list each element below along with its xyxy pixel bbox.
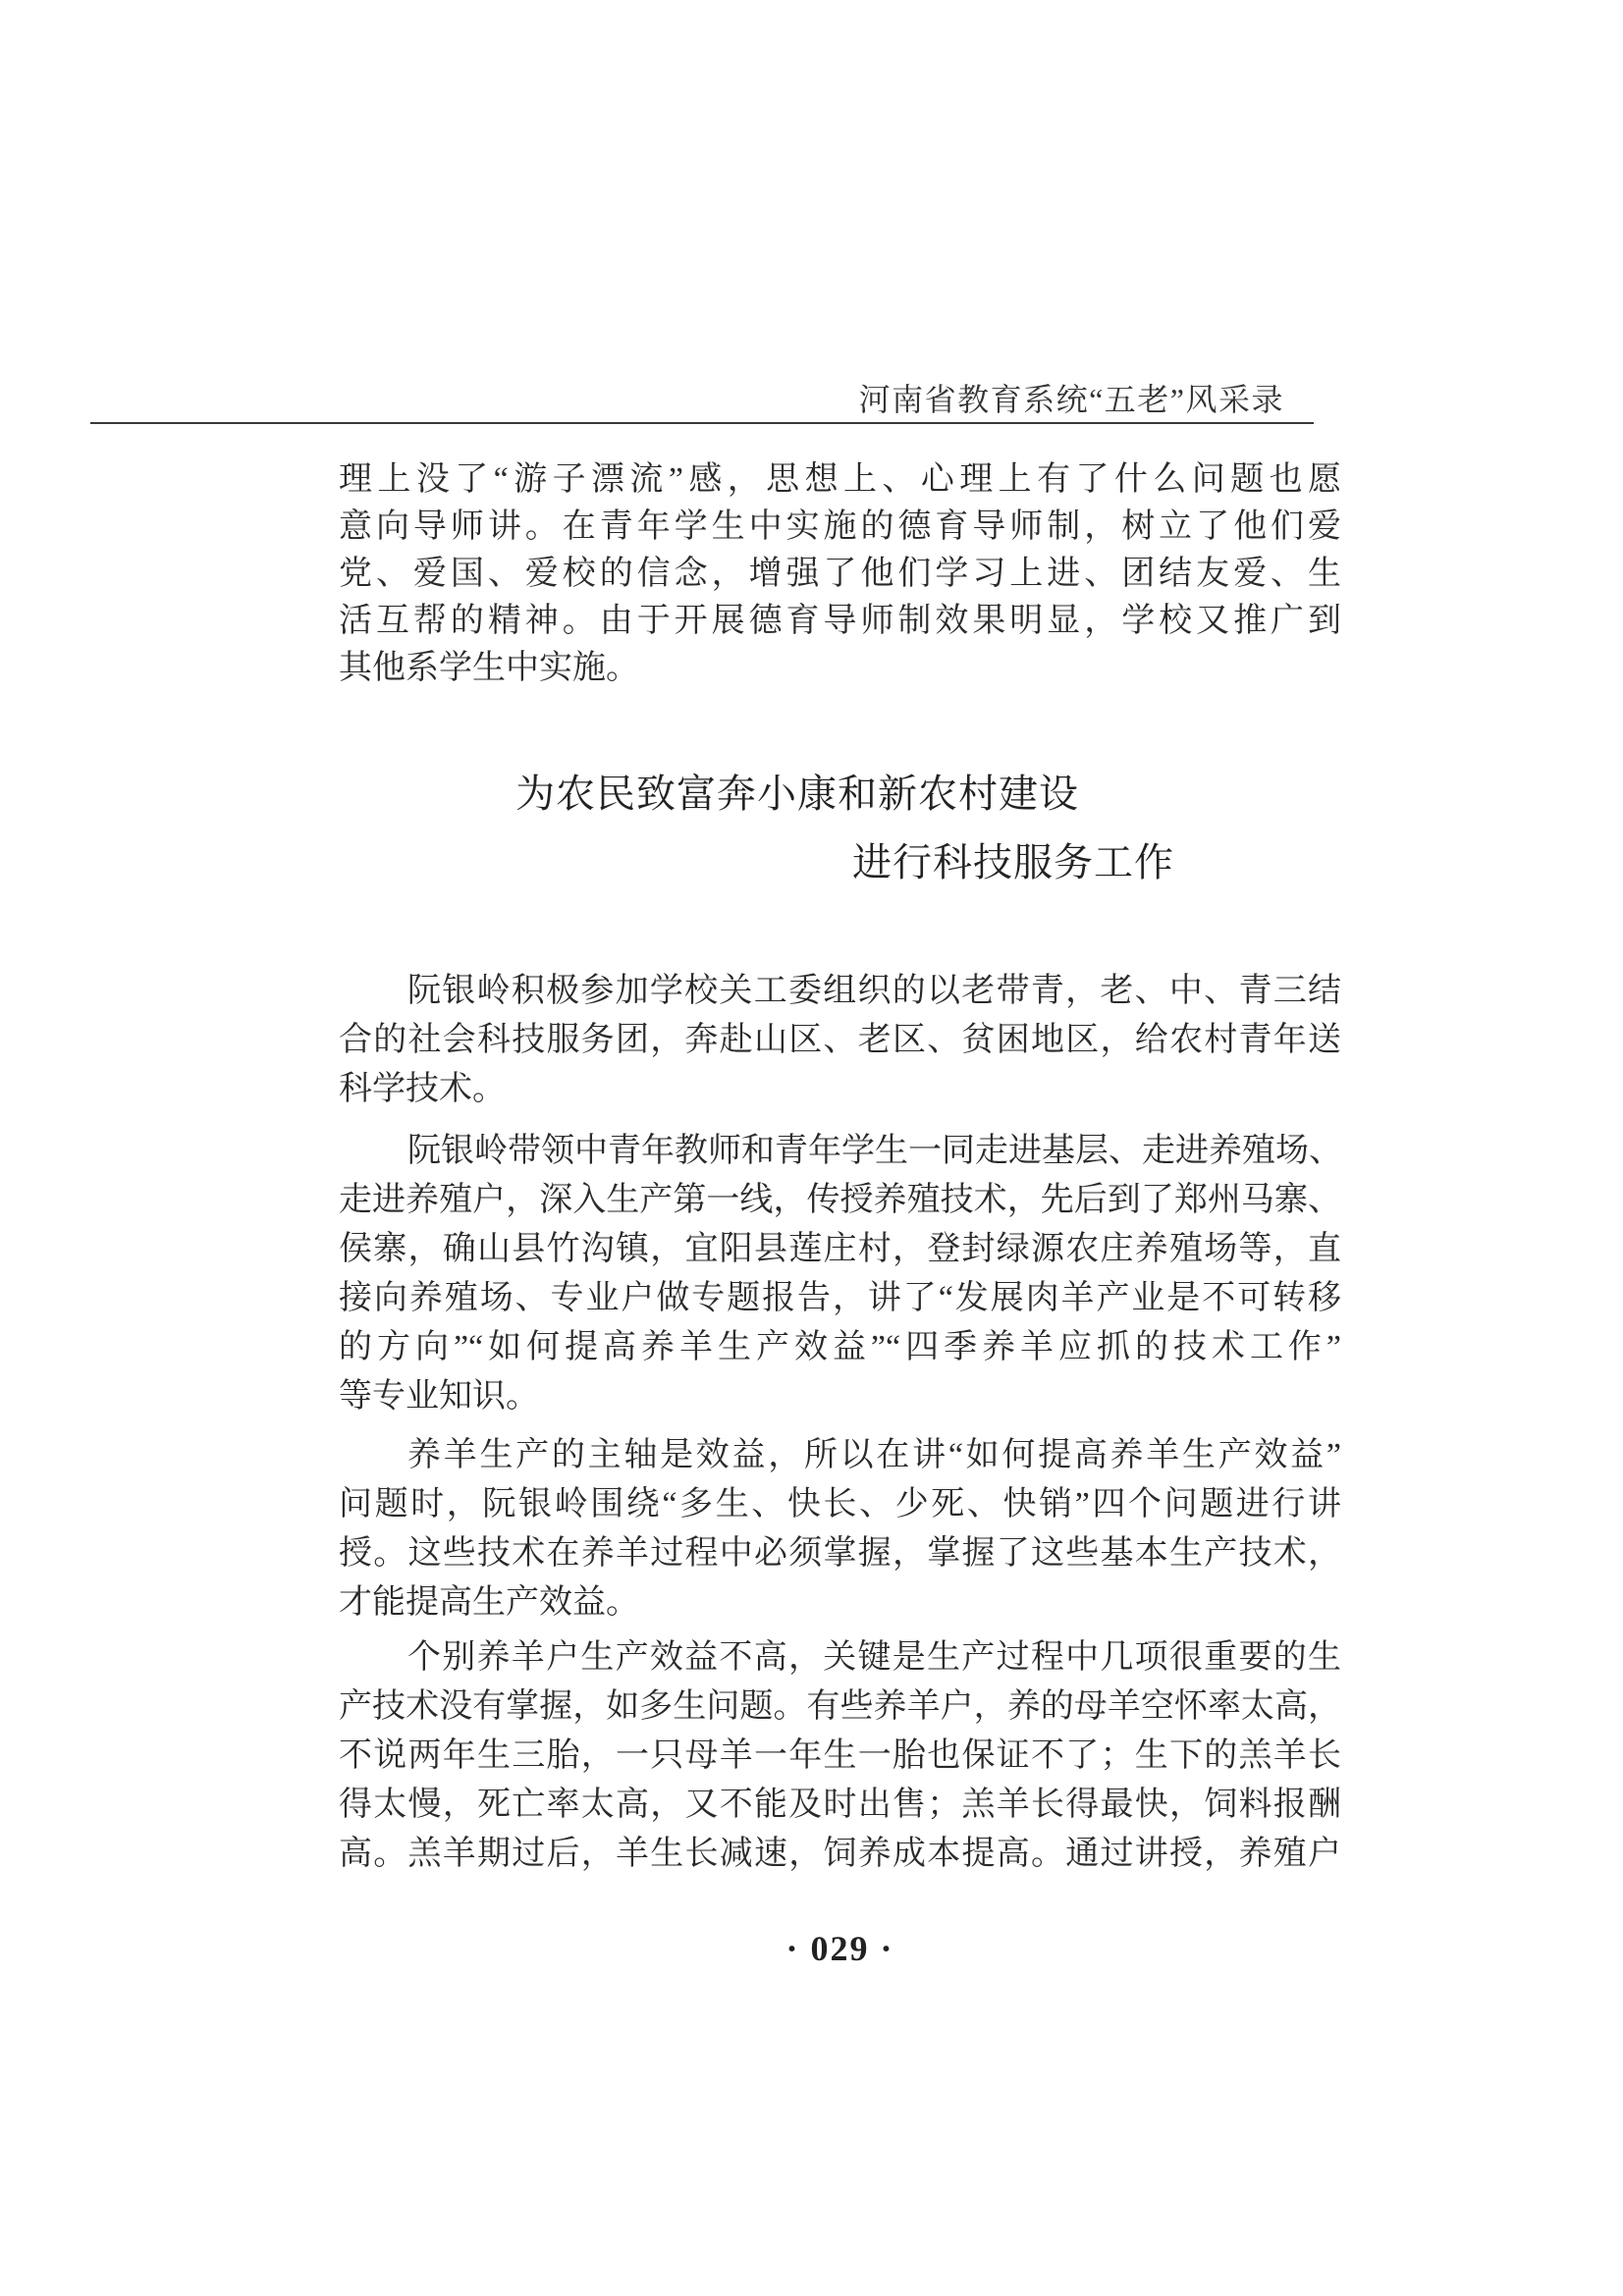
paragraph: 个别养羊户生产效益不高，关键是生产过程中几项很重要的生 产技术没有掌握，如多生问…: [339, 1633, 1341, 1879]
running-header-title: 河南省教育系统“五老”风采录: [90, 377, 1284, 422]
book-page: 河南省教育系统“五老”风采录 理上没了“游子漂流”感，思想上、心理上有了什么问题…: [0, 0, 1623, 2296]
text-line: 党、爱国、爱校的信念，增强了他们学习上进、团结友爱、生: [339, 551, 1341, 598]
text-line: 不说两年生三胎，一只母羊一年生一胎也保证不了；生下的羔羊长: [339, 1732, 1341, 1781]
section-heading-line-2: 进行科技服务工作: [852, 838, 1174, 887]
paragraph-intro: 理上没了“游子漂流”感，思想上、心理上有了什么问题也愿 意向导师讲。在青年学生中…: [339, 456, 1341, 692]
text-line: 的方向”“如何提高养羊生产效益”“四季养羊应抓的技术工作”: [339, 1323, 1341, 1372]
text-line: 阮银岭积极参加学校关工委组织的以老带青，老、中、青三结: [339, 967, 1341, 1016]
text-line: 走进养殖户，深入生产第一线，传授养殖技术，先后到了郑州马寨、: [339, 1176, 1341, 1225]
text-line: 养羊生产的主轴是效益，所以在讲“如何提高养羊生产效益”: [339, 1431, 1341, 1480]
section-heading-line-1: 为农民致富奔小康和新农村建设: [515, 770, 1079, 819]
text-line: 授。这些技术在养羊过程中必须掌握，掌握了这些基本生产技术，: [339, 1529, 1341, 1578]
text-line: 接向养殖场、专业户做专题报告，讲了“发展肉羊产业是不可转移: [339, 1274, 1341, 1323]
paragraph: 阮银岭积极参加学校关工委组织的以老带青，老、中、青三结 合的社会科技服务团，奔赴…: [339, 967, 1341, 1114]
text-line: 其他系学生中实施。: [339, 645, 1341, 692]
text-line: 理上没了“游子漂流”感，思想上、心理上有了什么问题也愿: [339, 456, 1341, 504]
paragraph: 养羊生产的主轴是效益，所以在讲“如何提高养羊生产效益” 问题时，阮银岭围绕“多生…: [339, 1431, 1341, 1628]
paragraph: 阮银岭带领中青年教师和青年学生一同走进基层、走进养殖场、 走进养殖户，深入生产第…: [339, 1127, 1341, 1421]
text-line: 才能提高生产效益。: [339, 1578, 1341, 1628]
text-line: 意向导师讲。在青年学生中实施的德育导师制，树立了他们爱: [339, 504, 1341, 551]
text-line: 产技术没有掌握，如多生问题。有些养羊户，养的母羊空怀率太高，: [339, 1682, 1341, 1732]
page-number: · 029 ·: [339, 1928, 1341, 1969]
text-line: 侯寨，确山县竹沟镇，宜阳县莲庄村，登封绿源农庄养殖场等，直: [339, 1225, 1341, 1274]
text-line: 得太慢，死亡率太高，又不能及时出售；羔羊长得最快，饲料报酬: [339, 1781, 1341, 1830]
text-line: 问题时，阮银岭围绕“多生、快长、少死、快销”四个问题进行讲: [339, 1480, 1341, 1529]
text-line: 活互帮的精神。由于开展德育导师制效果明显，学校又推广到: [339, 598, 1341, 645]
text-line: 合的社会科技服务团，奔赴山区、老区、贫困地区，给农村青年送: [339, 1016, 1341, 1065]
text-line: 高。羔羊期过后，羊生长减速，饲养成本提高。通过讲授，养殖户: [339, 1830, 1341, 1879]
header-rule: [90, 422, 1314, 424]
text-line: 个别养羊户生产效益不高，关键是生产过程中几项很重要的生: [339, 1633, 1341, 1682]
text-line: 等专业知识。: [339, 1372, 1341, 1421]
text-line: 科学技术。: [339, 1065, 1341, 1114]
text-line: 阮银岭带领中青年教师和青年学生一同走进基层、走进养殖场、: [339, 1127, 1341, 1176]
